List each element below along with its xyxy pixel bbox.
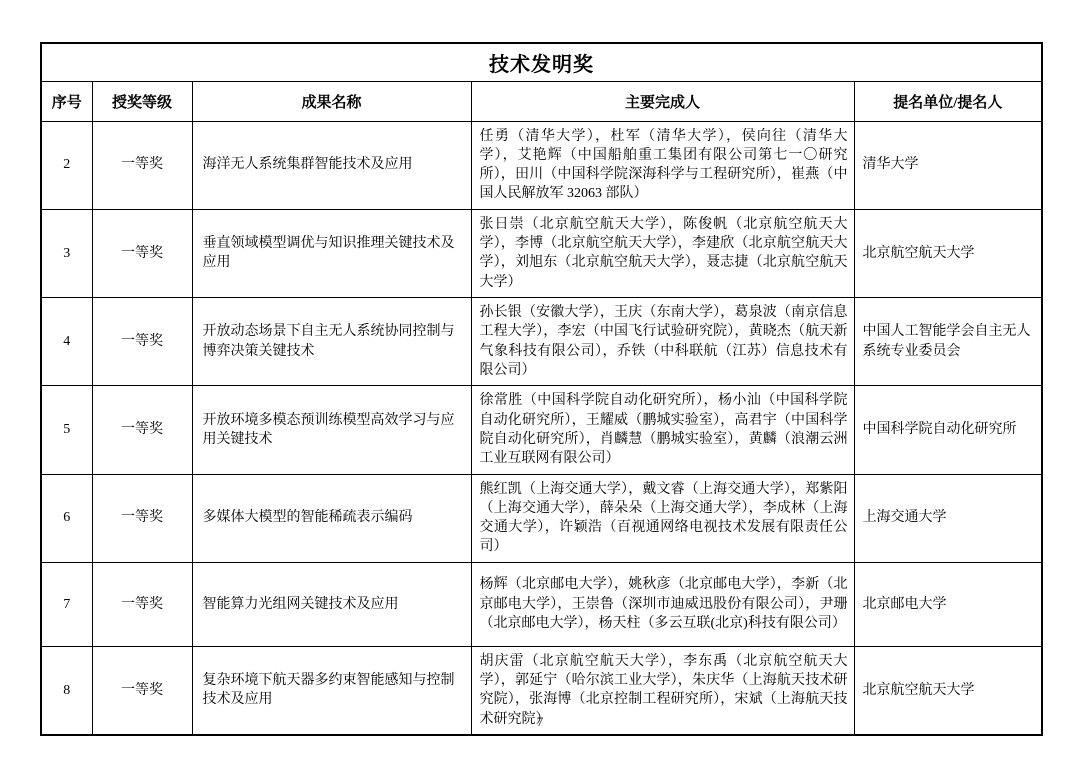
cell-award-level: 一等奖 <box>92 386 192 474</box>
cell-award-level: 一等奖 <box>92 474 192 562</box>
cell-main-contributors: 任勇（清华大学），杜军（清华大学），侯向往（清华大学），艾艳辉（中国船舶重工集团… <box>471 121 854 209</box>
cell-achievement-name: 海洋无人系统集群智能技术及应用 <box>192 121 471 209</box>
cell-main-contributors: 徐常胜（中国科学院自动化研究所），杨小汕（中国科学院自动化研究所），王耀威（鹏城… <box>471 386 854 474</box>
cell-nominating-unit: 北京邮电大学 <box>854 562 1042 646</box>
cell-achievement-name: 智能算力光组网关键技术及应用 <box>192 562 471 646</box>
cell-nominating-unit: 上海交通大学 <box>854 474 1042 562</box>
cell-nominating-unit: 中国人工智能学会自主无人系统专业委员会 <box>854 298 1042 386</box>
cell-achievement-name: 垂直领域模型调优与知识推理关键技术及应用 <box>192 209 471 297</box>
cell-main-contributors: 张日崇（北京航空航天大学），陈俊帆（北京航空航天大学），李博（北京航空航天大学）… <box>471 209 854 297</box>
cell-nominating-unit: 北京航空航天大学 <box>854 209 1042 297</box>
table-row: 4 一等奖 开放动态场景下自主无人系统协同控制与博弈决策关键技术 孙长银（安徽大… <box>41 298 1042 386</box>
column-header-contributors: 主要完成人 <box>471 81 854 121</box>
table-row: 7 一等奖 智能算力光组网关键技术及应用 杨辉（北京邮电大学），姚秋彦（北京邮电… <box>41 562 1042 646</box>
cell-award-level: 一等奖 <box>92 121 192 209</box>
table-row: 5 一等奖 开放环境多模态预训练模型高效学习与应用关键技术 徐常胜（中国科学院自… <box>41 386 1042 474</box>
document-page: 技术发明奖 序号 授奖等级 成果名称 主要完成人 提名单位/提名人 2 一等奖 … <box>0 0 1080 764</box>
cell-serial-number: 7 <box>41 562 92 646</box>
cell-serial-number: 6 <box>41 474 92 562</box>
cell-achievement-name: 开放环境多模态预训练模型高效学习与应用关键技术 <box>192 386 471 474</box>
table-title-row: 技术发明奖 <box>41 43 1042 81</box>
table-row: 2 一等奖 海洋无人系统集群智能技术及应用 任勇（清华大学），杜军（清华大学），… <box>41 121 1042 209</box>
column-header-level: 授奖等级 <box>92 81 192 121</box>
table-body: 2 一等奖 海洋无人系统集群智能技术及应用 任勇（清华大学），杜军（清华大学），… <box>41 121 1042 735</box>
cell-main-contributors: 杨辉（北京邮电大学），姚秋彦（北京邮电大学），李新（北京邮电大学），王崇鲁（深圳… <box>471 562 854 646</box>
column-header-nominator: 提名单位/提名人 <box>854 81 1042 121</box>
cell-serial-number: 2 <box>41 121 92 209</box>
cell-nominating-unit: 中国科学院自动化研究所 <box>854 386 1042 474</box>
cell-main-contributors: 孙长银（安徽大学），王庆（东南大学），葛泉波（南京信息工程大学），李宏（中国飞行… <box>471 298 854 386</box>
cell-nominating-unit: 清华大学 <box>854 121 1042 209</box>
cell-award-level: 一等奖 <box>92 562 192 646</box>
cell-serial-number: 4 <box>41 298 92 386</box>
cell-achievement-name: 多媒体大模型的智能稀疏表示编码 <box>192 474 471 562</box>
table-row: 3 一等奖 垂直领域模型调优与知识推理关键技术及应用 张日崇（北京航空航天大学）… <box>41 209 1042 297</box>
column-header-no: 序号 <box>41 81 92 121</box>
award-table: 技术发明奖 序号 授奖等级 成果名称 主要完成人 提名单位/提名人 2 一等奖 … <box>40 42 1043 736</box>
cell-award-level: 一等奖 <box>92 209 192 297</box>
cell-main-contributors: 熊红凯（上海交通大学），戴文睿（上海交通大学），郑紫阳（上海交通大学），薛朵朵（… <box>471 474 854 562</box>
cell-serial-number: 3 <box>41 209 92 297</box>
column-header-achievement: 成果名称 <box>192 81 471 121</box>
cell-award-level: 一等奖 <box>92 298 192 386</box>
table-header-row: 序号 授奖等级 成果名称 主要完成人 提名单位/提名人 <box>41 81 1042 121</box>
cell-achievement-name: 开放动态场景下自主无人系统协同控制与博弈决策关键技术 <box>192 298 471 386</box>
cell-serial-number: 5 <box>41 386 92 474</box>
page-number: 7 <box>0 714 1080 730</box>
table-title: 技术发明奖 <box>41 43 1042 81</box>
table-row: 6 一等奖 多媒体大模型的智能稀疏表示编码 熊红凯（上海交通大学），戴文睿（上海… <box>41 474 1042 562</box>
